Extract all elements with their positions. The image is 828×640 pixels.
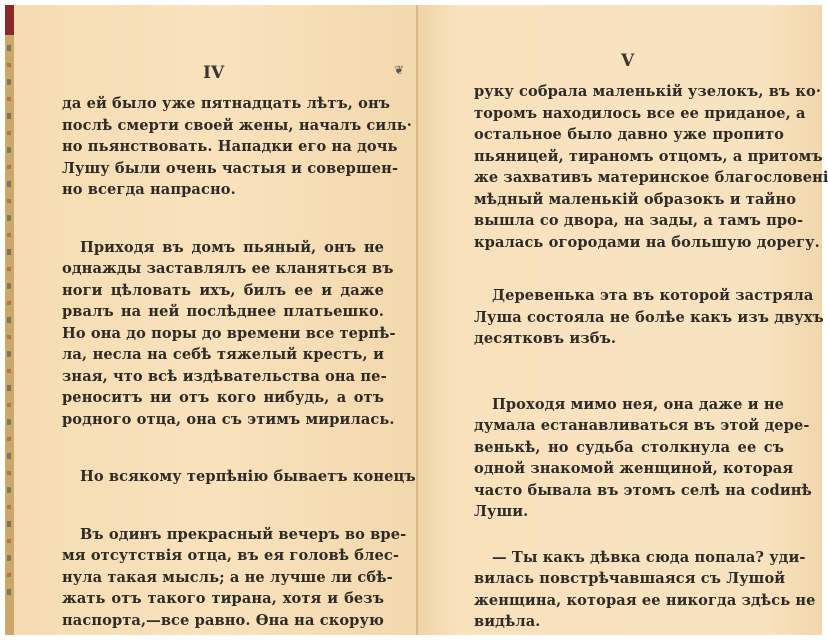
text-line: венькѣ, но судьба столкнула ее съ: [474, 437, 784, 459]
book-cover-edge: [5, 5, 14, 635]
text-line: но пьянствовать. Нападки его на дочь: [62, 136, 384, 158]
text-line: Но она до поры до времени все терпѣ-: [62, 323, 384, 345]
text-line: Приходя въ домъ пьяный, онъ не: [62, 237, 384, 259]
text-line: вилась повстрѣчавшаяся съ Лушой: [474, 568, 784, 590]
text-line: ла, несла на себѣ тяжелый крестъ, и: [62, 344, 384, 366]
text-line: одной знакомой женщиной, которая: [474, 458, 784, 480]
text-line: кралась огородами на большую дорегу.: [474, 232, 784, 254]
text-line: Лушу были очень частыя и совершен-: [62, 158, 384, 180]
text-line: же захвативъ материнское благословеніе: [474, 167, 784, 189]
text-line: Деревенька эта въ которой застряла: [474, 285, 784, 307]
paragraph: Приходя въ домъ пьяный, онъ не однажды з…: [62, 237, 384, 431]
page-number: V: [621, 51, 634, 71]
text-line: жать отъ такого тирана, хотя и безъ: [62, 588, 384, 610]
text-line: паспорта,—все равно. Өна на скорую: [62, 610, 384, 632]
paragraph: да ей было уже пятнадцать лѣтъ, онъ посл…: [62, 93, 384, 201]
text-line: мя отсутствія отца, въ ея головѣ блес-: [62, 545, 384, 567]
text-line: родного отца, она съ этимъ мирилась.: [62, 409, 384, 431]
text-line: да ей было уже пятнадцать лѣтъ, онъ: [62, 93, 384, 115]
text-line: торомъ находилось все ее приданое, а: [474, 103, 784, 125]
left-page: IV да ей было уже пятнадцать лѣтъ, онъ п…: [14, 5, 418, 635]
left-page-text: да ей было уже пятнадцать лѣтъ, онъ посл…: [62, 93, 384, 631]
text-line: женщина, которая ее никогда здѣсь не: [474, 590, 784, 612]
paragraph: Но всякому терпѣнію бываетъ конецъ.: [62, 466, 384, 488]
text-line: однажды заставлялъ ее кланяться въ: [62, 258, 384, 280]
text-line: Луша состояла не болѣе какъ изъ двухъ: [474, 307, 784, 329]
text-line: рвалъ на ней послѣднее платьешко.: [62, 301, 384, 323]
paragraph: руку собрала маленькій узелокъ, въ ко· т…: [474, 81, 784, 253]
text-line: пьяницей, тираномъ отцомъ, а притомъ: [474, 146, 784, 168]
right-page: V руку собрала маленькій узелокъ, въ ко·…: [418, 5, 822, 635]
right-page-text: руку собрала маленькій узелокъ, въ ко· т…: [474, 81, 784, 633]
text-line: Но всякому терпѣнію бываетъ конецъ.: [62, 466, 384, 488]
paragraph: Въ одинъ прекрасный вечеръ во вре- мя от…: [62, 524, 384, 632]
text-line: мѣдный маленькій образокъ и тайно: [474, 189, 784, 211]
text-line: Въ одинъ прекрасный вечеръ во вре-: [62, 524, 384, 546]
text-line: — Ты какъ дѣвка сюда попала? уди-: [474, 547, 784, 569]
text-line: Луши.: [474, 501, 784, 523]
text-line: десятковъ избъ.: [474, 328, 784, 350]
paragraph: — Ты какъ дѣвка сюда попала? уди- вилась…: [474, 547, 784, 633]
paragraph: Деревенька эта въ которой застряла Луша …: [474, 285, 784, 350]
text-line: руку собрала маленькій узелокъ, въ ко·: [474, 81, 784, 103]
text-line: Проходя мимо нея, она даже и не: [474, 394, 784, 416]
page-number: IV: [203, 63, 224, 83]
text-line: зная, что всѣ издѣвательства она пе-: [62, 366, 384, 388]
text-line: нула такая мысль; а не лучше ли сбѣ-: [62, 567, 384, 589]
ink-blot-mark: ❦: [394, 63, 404, 77]
text-line: ноги цѣловать ихъ, билъ ее и даже: [62, 280, 384, 302]
text-line: остальное было давно уже пропито: [474, 124, 784, 146]
text-line: реноситъ ни отъ кого нибудь, а отъ: [62, 387, 384, 409]
paragraph: Проходя мимо нея, она даже и не думала е…: [474, 394, 784, 523]
text-line: видѣла.: [474, 611, 784, 633]
text-line: но всегда напрасно.: [62, 179, 384, 201]
text-line: послѣ смерти своей жены, началъ силь·: [62, 115, 384, 137]
text-line: думала естанавливаться въ этой дере-: [474, 415, 784, 437]
text-line: вышла со двора, на зады, а тамъ про-: [474, 210, 784, 232]
text-line: часто бывала въ этомъ селѣ на codинѣ: [474, 480, 784, 502]
